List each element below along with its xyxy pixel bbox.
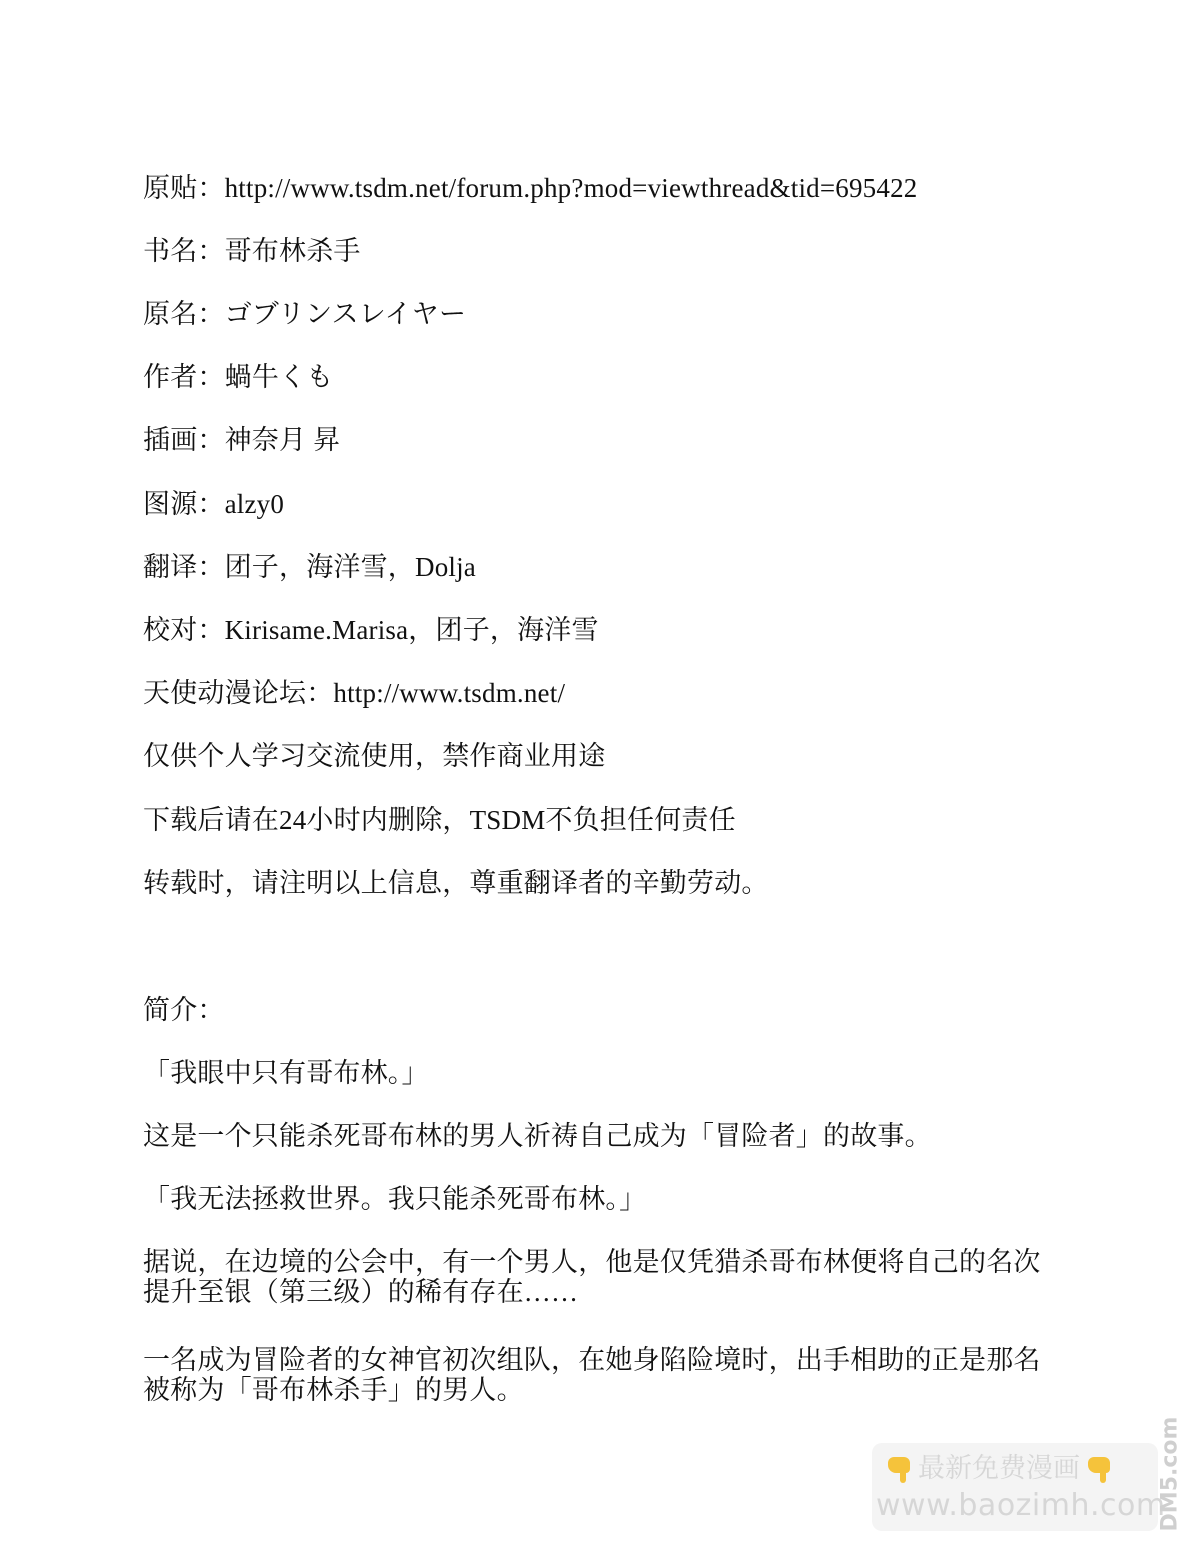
watermark-vertical-text: DM5.com	[1158, 1417, 1183, 1532]
synopsis-quote-1: 「我眼中只有哥布林。」	[143, 1058, 429, 1088]
original-title-line: 原名：ゴブリンスレイヤー	[143, 299, 466, 329]
notice-repost: 转载时，请注明以上信息，尊重翻译者的辛勤劳动。	[143, 868, 769, 898]
notice-personal-use: 仅供个人学习交流使用，禁作商业用途	[143, 741, 605, 771]
synopsis-paragraph-2: 一名成为冒险者的女神官初次组队，在她身陷险境时，出手相助的正是那名被称为「哥布林…	[143, 1345, 1063, 1405]
forum-line: 天使动漫论坛：http://www.tsdm.net/	[143, 678, 565, 708]
watermark-url: www.baozimh.com	[876, 1489, 1166, 1523]
synopsis-quote-2: 「我无法拯救世界。我只能杀死哥布林。」	[143, 1184, 646, 1214]
pointing-hand-icon	[886, 1455, 912, 1483]
illustrator-line: 插画：神奈月 昇	[143, 425, 340, 455]
notice-delete: 下载后请在24小时内删除，TSDM不负担任何责任	[143, 805, 736, 835]
synopsis-heading: 简介：	[143, 995, 225, 1025]
document-page: 原贴：http://www.tsdm.net/forum.php?mod=vie…	[0, 0, 1200, 1552]
watermark-vertical-logo: DM5.com	[1152, 1400, 1188, 1548]
watermark-top-row: 最新免费漫画	[886, 1453, 1112, 1485]
book-title-line: 书名：哥布林杀手	[143, 236, 361, 266]
proofreaders-line: 校对：Kirisame.Marisa，团子，海洋雪	[143, 615, 599, 645]
watermark-top-text: 最新免费漫画	[918, 1453, 1080, 1485]
synopsis-paragraph-1: 据说，在边境的公会中，有一个男人，他是仅凭猎杀哥布林便将自己的名次提升至银（第三…	[143, 1247, 1063, 1307]
author-line: 作者：蝸牛くも	[143, 362, 333, 392]
image-source-line: 图源：alzy0	[143, 489, 284, 519]
synopsis-line-1: 这是一个只能杀死哥布林的男人祈祷自己成为「冒险者」的故事。	[143, 1121, 932, 1151]
pointing-hand-icon	[1086, 1455, 1112, 1483]
translators-line: 翻译：团子，海洋雪，Dolja	[143, 552, 476, 582]
original-post-line: 原贴：http://www.tsdm.net/forum.php?mod=vie…	[143, 173, 917, 203]
watermark-banner: 最新免费漫画 www.baozimh.com	[872, 1443, 1158, 1531]
